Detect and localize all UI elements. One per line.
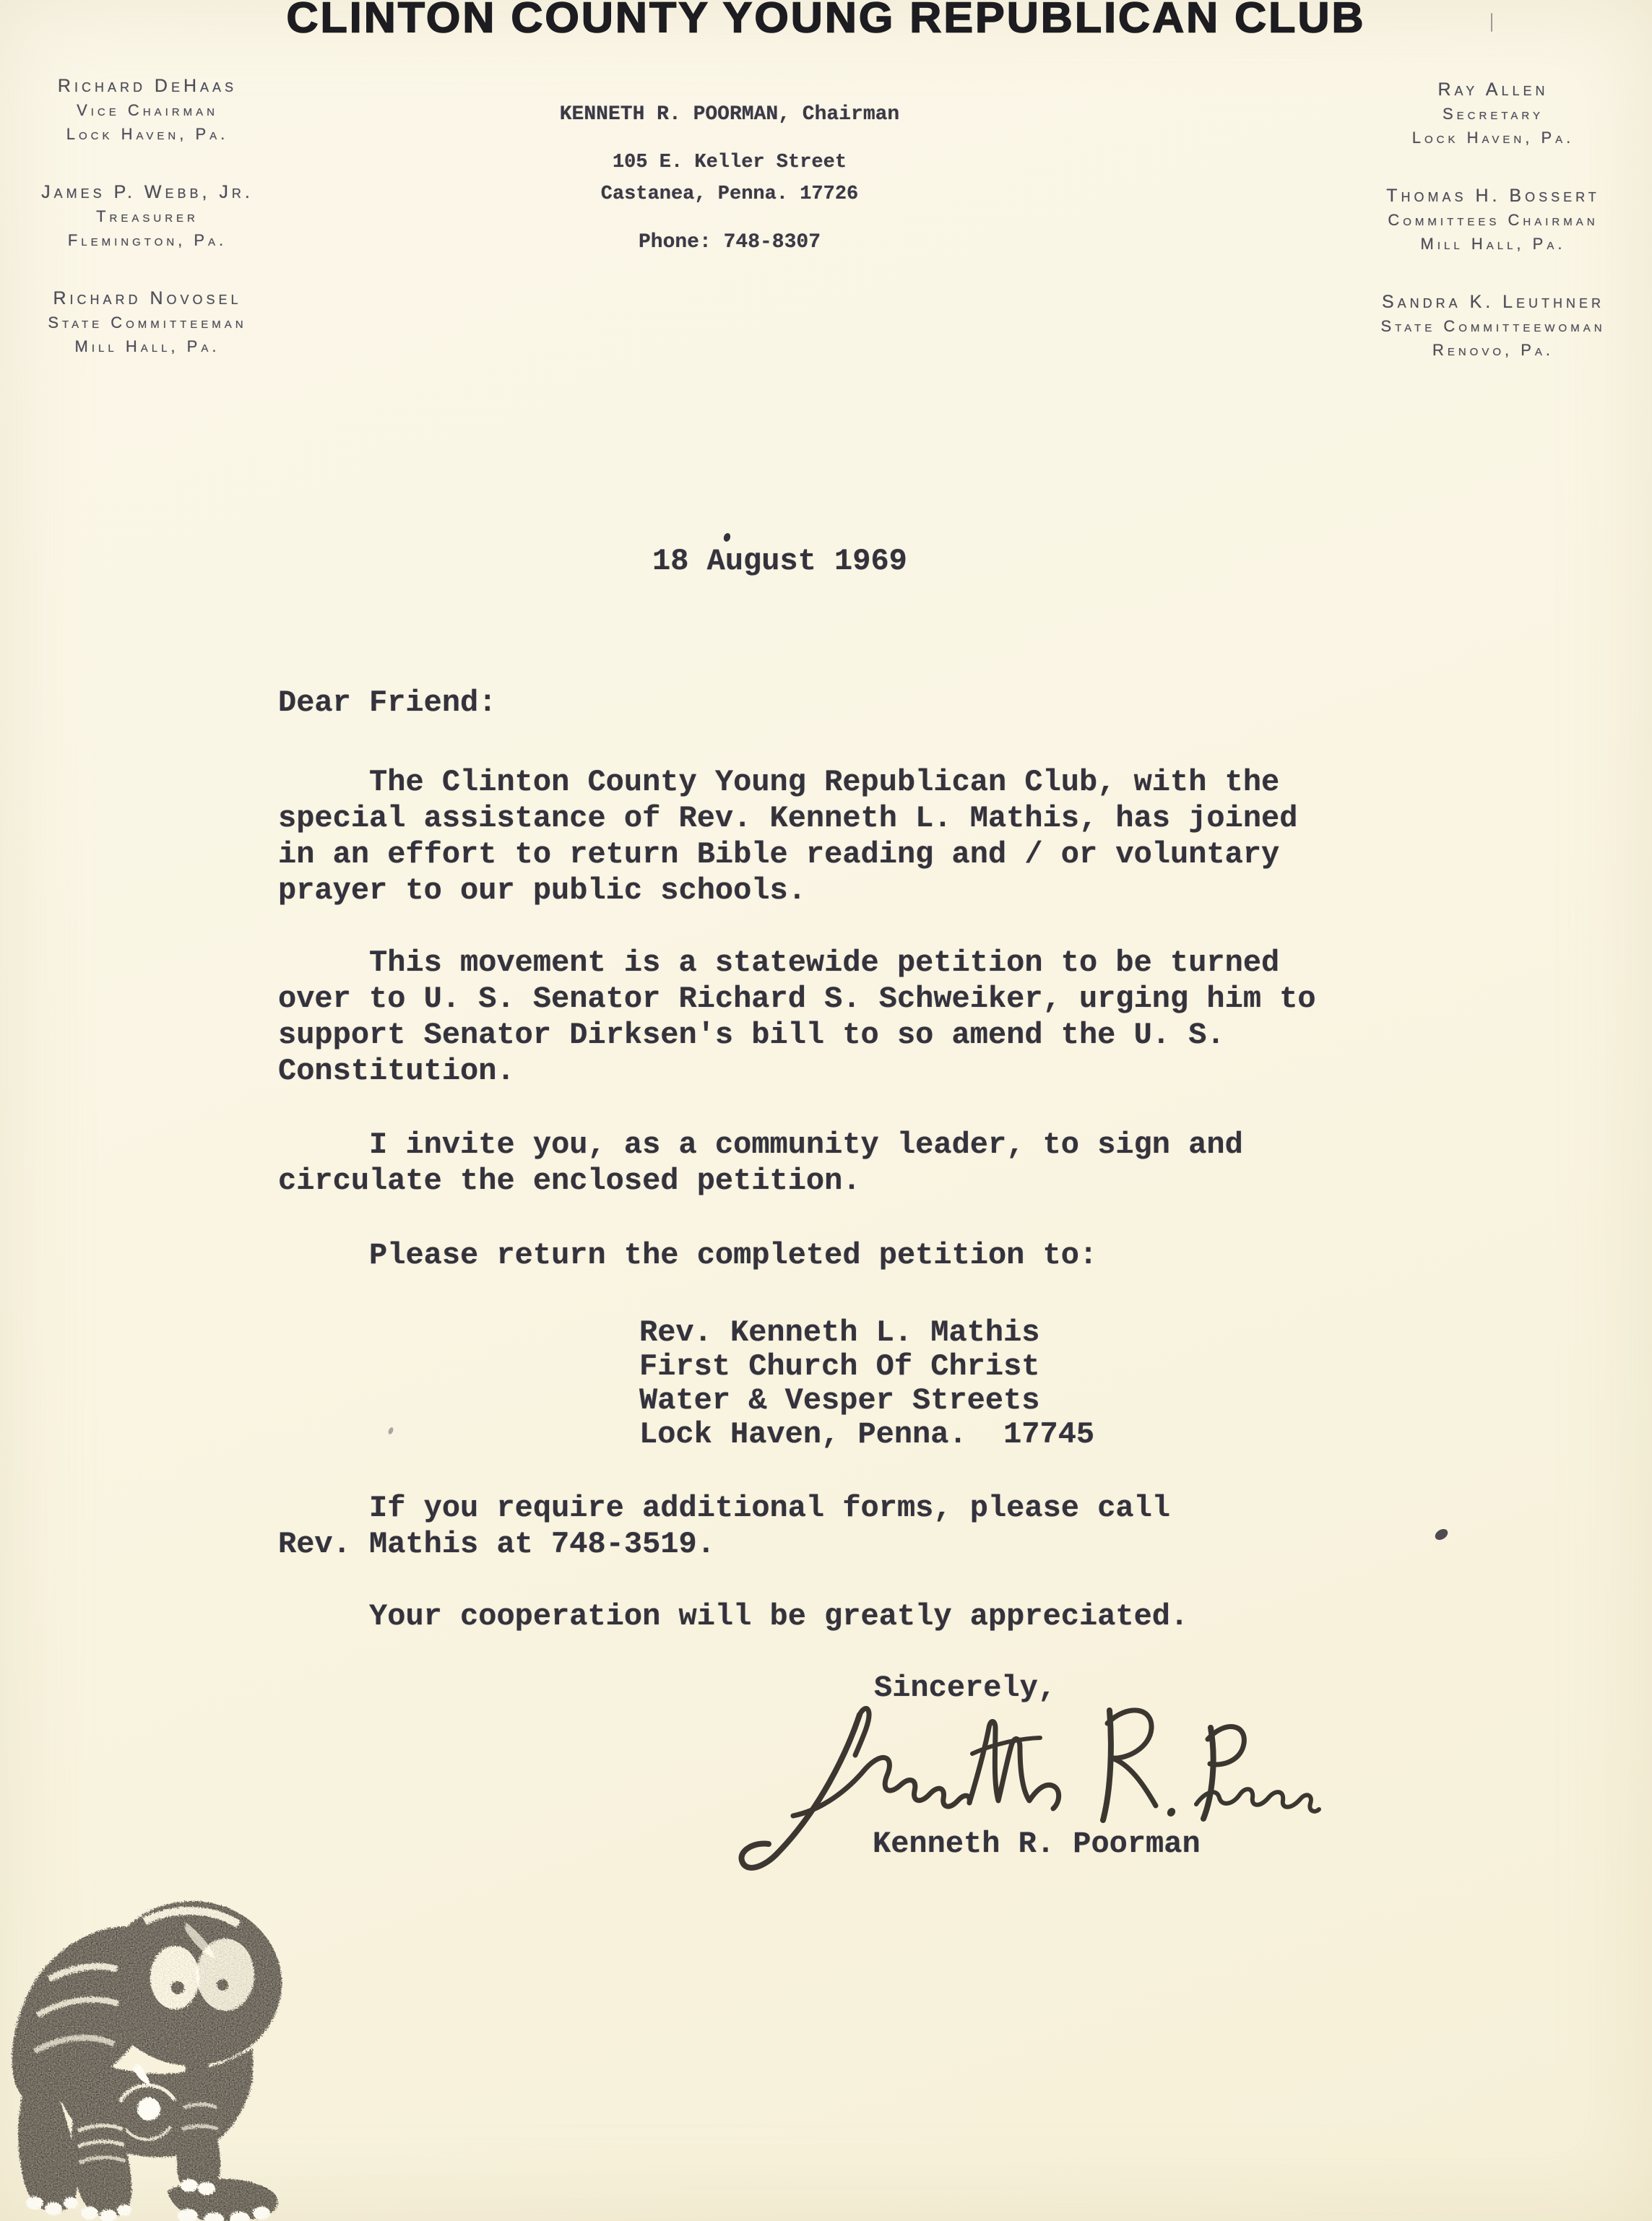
officer-name: Thomas H. Bossert	[1338, 184, 1648, 208]
chairman-address-block: KENNETH R. POORMAN, Chairman 105 E. Kell…	[549, 102, 910, 255]
officer-role: State Committeewoman	[1338, 314, 1648, 338]
officer-block: Richard DeHaas Vice Chairman Lock Haven,…	[4, 74, 290, 146]
ink-smudge	[1433, 1527, 1450, 1542]
paragraph: Your cooperation will be greatly appreci…	[278, 1598, 1376, 1635]
return-address-block: Rev. Kenneth L. Mathis First Church Of C…	[278, 1316, 1376, 1452]
city-line: Castanea, Penna. 17726	[549, 182, 910, 207]
date-line: 18 August 1969	[652, 543, 907, 579]
officer-city: Lock Haven, Pa.	[4, 122, 290, 146]
ink-speck	[722, 532, 731, 542]
officer-city: Renovo, Pa.	[1338, 338, 1648, 362]
typed-signature-name: Kenneth R. Poorman	[873, 1826, 1201, 1862]
handwritten-signature	[731, 1687, 1323, 1904]
officer-name: Sandra K. Leuthner	[1338, 290, 1648, 314]
officer-column-right: Ray Allen Secretary Lock Haven, Pa. Thom…	[1338, 78, 1648, 397]
paragraph: I invite you, as a community leader, to …	[278, 1127, 1376, 1199]
officer-name: Richard Novosel	[4, 287, 290, 311]
officer-role: State Committeeman	[4, 311, 290, 334]
letter-page: CLINTON COUNTY YOUNG REPUBLICAN CLUB Ric…	[0, 0, 1652, 2221]
paragraph: The Clinton County Young Republican Club…	[278, 764, 1376, 909]
street-line: 105 E. Keller Street	[549, 150, 910, 175]
officer-city: Lock Haven, Pa.	[1338, 126, 1648, 150]
officer-role: Secretary	[1338, 102, 1648, 126]
officer-name: Richard DeHaas	[4, 74, 290, 98]
paragraph: If you require additional forms, please …	[278, 1490, 1376, 1562]
chairman-line: KENNETH R. POORMAN, Chairman	[549, 102, 910, 128]
phone-line: Phone: 748-8307	[549, 230, 910, 255]
officer-role: Committees Chairman	[1338, 208, 1648, 232]
officer-city: Flemington, Pa.	[4, 228, 290, 252]
officer-name: James P. Webb, Jr.	[4, 181, 290, 204]
officer-column-left: Richard DeHaas Vice Chairman Lock Haven,…	[4, 74, 290, 393]
officer-block: Ray Allen Secretary Lock Haven, Pa.	[1338, 78, 1648, 150]
paragraph: Please return the completed petition to:	[278, 1237, 1376, 1273]
officer-role: Treasurer	[4, 204, 290, 228]
scan-line-artifact	[1491, 13, 1492, 32]
officer-block: Richard Novosel State Committeeman Mill …	[4, 287, 290, 358]
officer-block: Thomas H. Bossert Committees Chairman Mi…	[1338, 184, 1648, 256]
officer-city: Mill Hall, Pa.	[1338, 232, 1648, 256]
paragraph: This movement is a statewide petition to…	[278, 945, 1376, 1089]
officer-city: Mill Hall, Pa.	[4, 334, 290, 358]
letter-body: Dear Friend: The Clinton County Young Re…	[278, 685, 1376, 1635]
club-title: CLINTON COUNTY YOUNG REPUBLICAN CLUB	[0, 0, 1652, 37]
elephant-illustration	[6, 1891, 298, 2221]
officer-role: Vice Chairman	[4, 98, 290, 122]
officer-block: Sandra K. Leuthner State Committeewoman …	[1338, 290, 1648, 362]
officer-name: Ray Allen	[1338, 78, 1648, 102]
officer-block: James P. Webb, Jr. Treasurer Flemington,…	[4, 181, 290, 252]
salutation: Dear Friend:	[278, 685, 1376, 721]
